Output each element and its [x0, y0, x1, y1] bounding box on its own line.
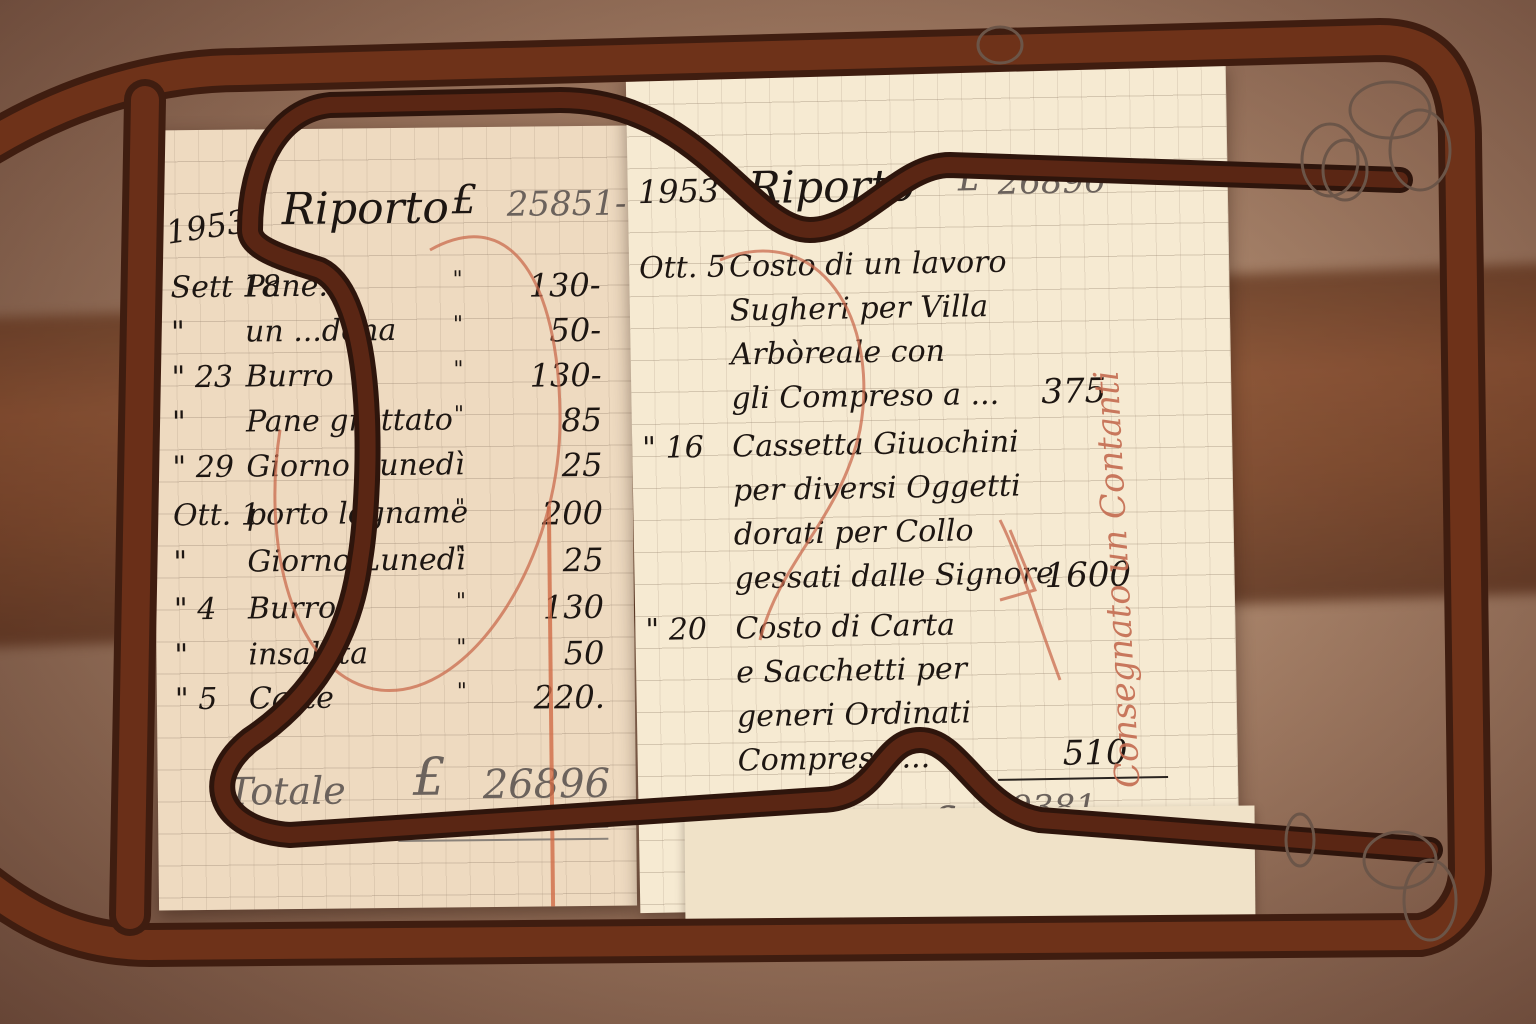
rusty-wire-frame — [0, 0, 1536, 1024]
red-crayon-scribbles — [275, 237, 1060, 691]
